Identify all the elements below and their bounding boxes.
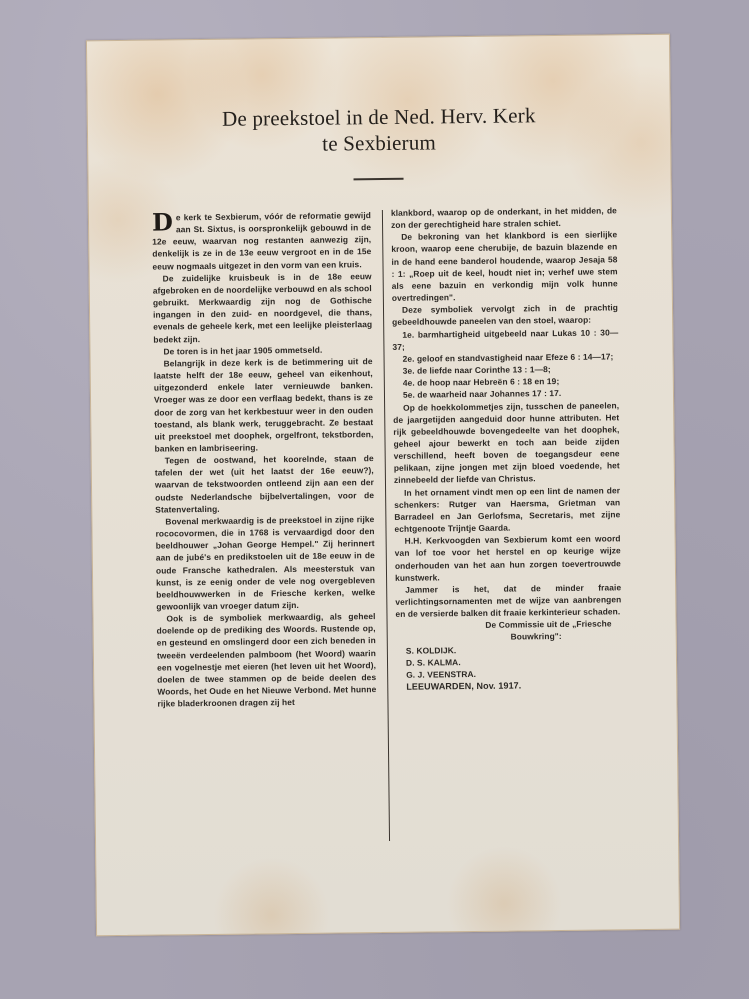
column-divider <box>382 210 390 841</box>
paragraph: De zuidelijke kruisbeuk is in de 18e eeu… <box>153 270 373 345</box>
paragraph: H.H. Kerkvoogden van Sexbierum komt een … <box>395 533 622 584</box>
paragraph: Bovenal merkwaardig is de preekstoel in … <box>155 513 375 613</box>
dropcap-letter: D <box>152 212 173 232</box>
document-title: De preekstoel in de Ned. Herv. Kerk te S… <box>88 101 671 160</box>
list-item: 1e. barmhartigheid uitgebeeld naar Lukas… <box>392 326 618 353</box>
left-column: De kerk te Sexbierum, vóór de reformatie… <box>152 209 377 710</box>
paragraph: De kerk te Sexbierum, vóór de reformatie… <box>152 209 372 272</box>
title-line-2: te Sexbierum <box>88 127 670 160</box>
paragraph: klankbord, waarop op de onderkant, in he… <box>391 204 617 231</box>
paragraph: Ook is de symboliek merkwaardig, als geh… <box>156 610 376 710</box>
document-sheet: De preekstoel in de Ned. Herv. Kerk te S… <box>86 34 680 937</box>
paragraph: Op de hoekkolommetjes zijn, tusschen de … <box>393 399 620 487</box>
paragraph: In het ornament vindt men op een lint de… <box>394 484 621 535</box>
paragraph-text: e kerk te Sexbierum, vóór de reformatie … <box>152 210 371 271</box>
place-date: LEEUWARDEN, Nov. 1917. <box>396 678 622 693</box>
paragraph: De bekroning van het klankbord is een si… <box>391 229 618 304</box>
paragraph: Deze symboliek vervolgt zich in de prach… <box>392 302 618 329</box>
title-rule <box>354 178 404 181</box>
right-column: klankbord, waarop op de onderkant, in he… <box>391 204 623 693</box>
paragraph: Tegen de oostwand, het koorelnde, staan … <box>155 452 375 515</box>
paragraph: Jammer is het, dat de minder fraaie verl… <box>395 581 621 620</box>
paragraph: Belangrijk in deze kerk is de betimmerin… <box>154 355 374 455</box>
